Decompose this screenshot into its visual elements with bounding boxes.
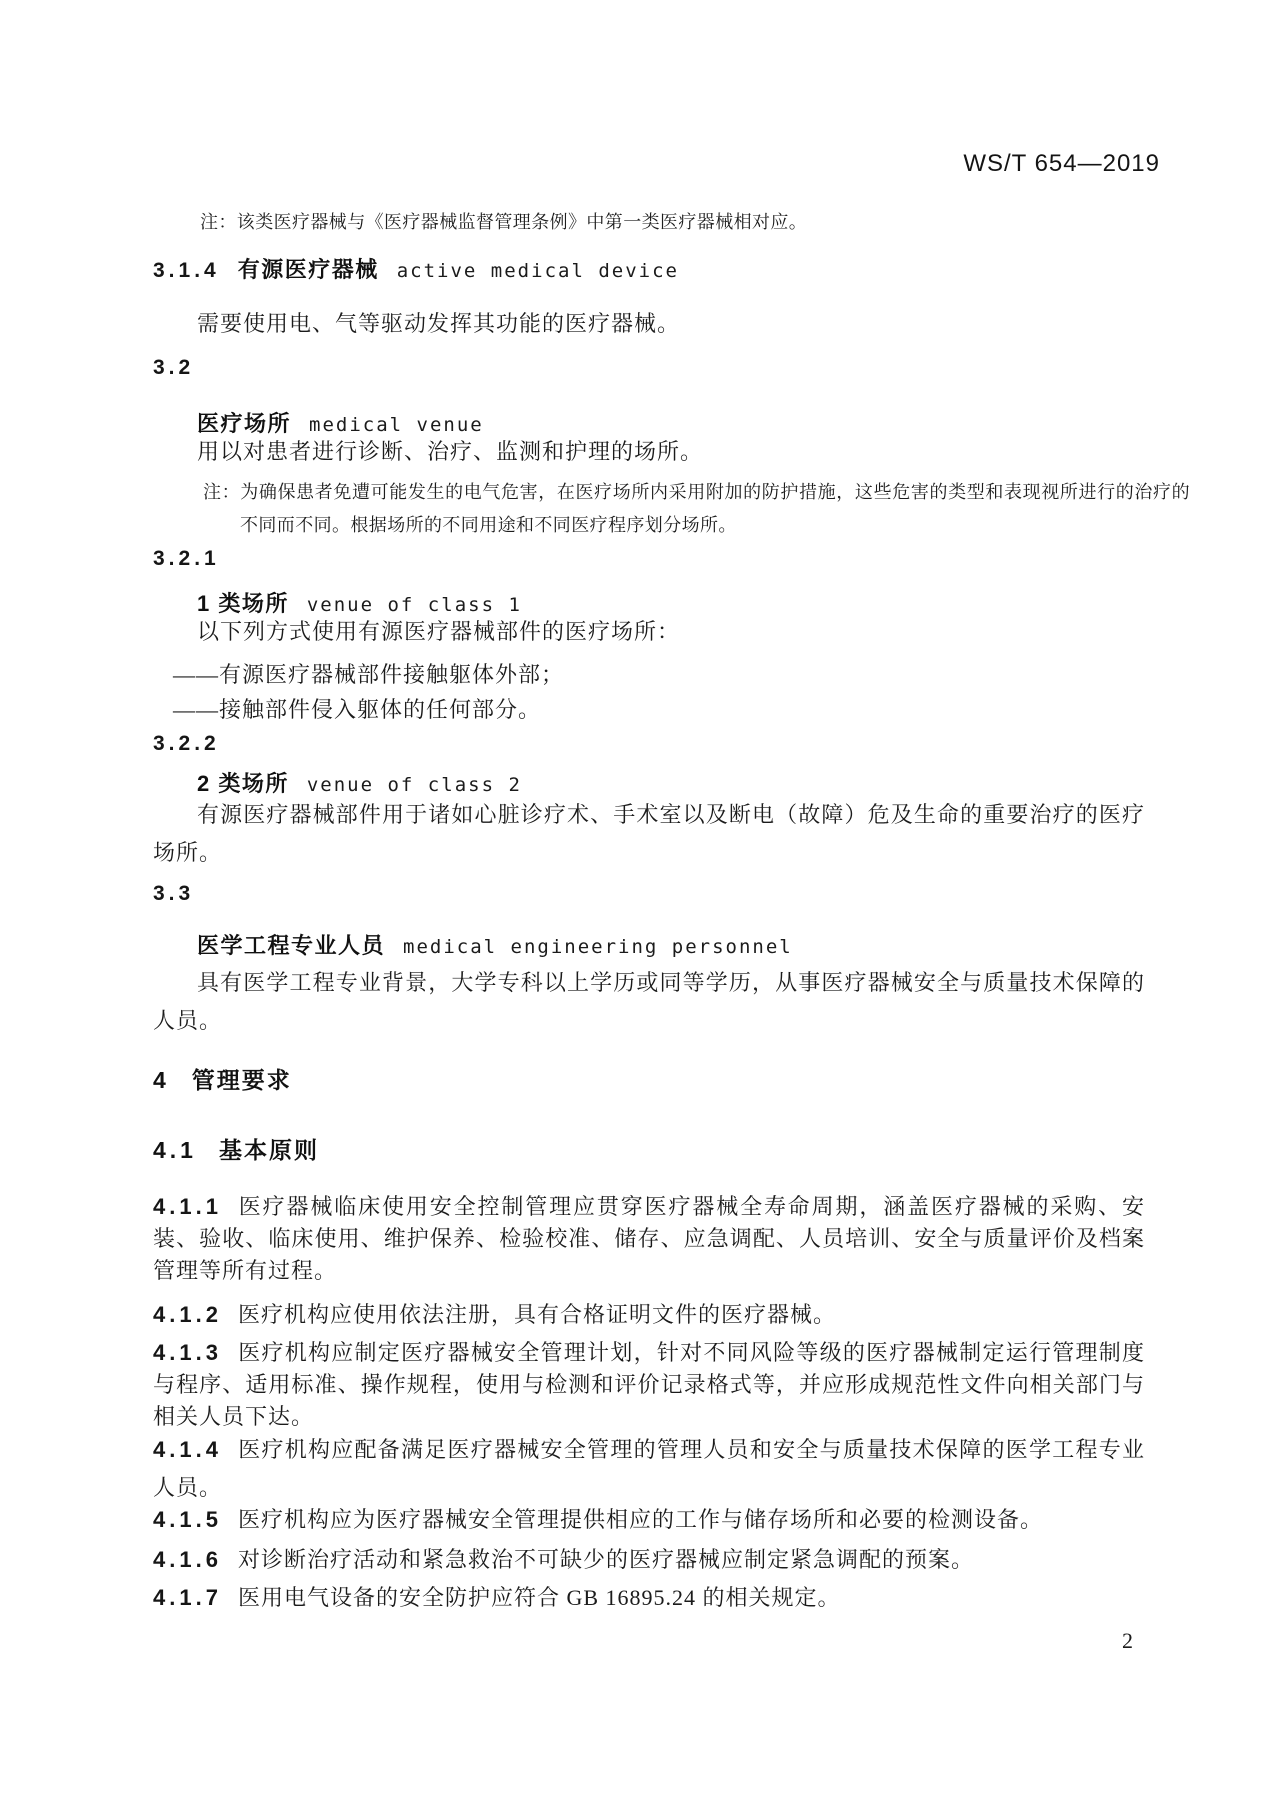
list-item-1: ——有源医疗器械部件接触躯体外部；	[173, 658, 564, 689]
clause-number-3-2-2: 3.2.2	[153, 732, 220, 756]
paragraph-4-1-6: 4.1.6对诊断治疗活动和紧急救治不可缺少的医疗器械应制定紧急调配的预案。	[153, 1544, 1145, 1576]
definition-3-1-4: 需要使用电、气等驱动发挥其功能的医疗器械。	[153, 305, 1145, 343]
definition-3-2-2: 有源医疗器械部件用于诸如心脏诊疗术、手术室以及断电（故障）危及生命的重要治疗的医…	[153, 796, 1145, 872]
note-3-2: 注：为确保患者免遭可能发生的电气危害，在医疗场所内采用附加的防护措施，这些危害的…	[203, 476, 1190, 542]
term-cn: 有源医疗器械	[238, 257, 379, 282]
term-heading-3-2-1: 1 类场所venue of class 1	[197, 587, 522, 618]
paragraph-4-1-4: 4.1.4医疗机构应配备满足医疗器械安全管理的管理人员和安全与质量技术保障的医学…	[153, 1431, 1145, 1507]
clause-number-3-3: 3.3	[153, 882, 194, 906]
term-en: active medical device	[397, 260, 679, 282]
term-heading-3-2-2: 2 类场所venue of class 2	[197, 767, 522, 798]
paragraph-4-1-3: 4.1.3医疗机构应制定医疗器械安全管理计划，针对不同风险等级的医疗器械制定运行…	[153, 1337, 1145, 1433]
section-heading-4-1: 4.1基本原则	[153, 1132, 319, 1165]
term-en: venue of class 1	[307, 594, 522, 616]
clause-number-3-2: 3.2	[153, 356, 194, 380]
note-3-1-4: 注：该类医疗器械与《医疗器械监督管理条例》中第一类医疗器械相对应。	[200, 206, 1160, 239]
term-en: venue of class 2	[307, 774, 522, 796]
term-heading-3-2: 医疗场所medical venue	[197, 407, 484, 438]
paragraph-4-1-1: 4.1.1医疗器械临床使用安全控制管理应贯穿医疗器械全寿命周期，涵盖医疗器械的采…	[153, 1191, 1145, 1287]
term-heading-3-3: 医学工程专业人员medical engineering personnel	[197, 929, 793, 960]
term-cn: 1 类场所	[197, 591, 289, 616]
clause-number-3-2-1: 3.2.1	[153, 547, 220, 571]
term-en: medical engineering personnel	[403, 936, 793, 958]
chapter-heading-4: 4管理要求	[153, 1062, 292, 1095]
definition-3-2: 用以对患者进行诊断、治疗、监测和护理的场所。	[153, 435, 1145, 469]
definition-3-2-1: 以下列方式使用有源医疗器械部件的医疗场所：	[153, 615, 1145, 649]
term-cn: 医学工程专业人员	[197, 933, 385, 958]
term-cn: 2 类场所	[197, 771, 289, 796]
definition-3-3: 具有医学工程专业背景，大学专科以上学历或同等学历，从事医疗器械安全与质量技术保障…	[153, 964, 1145, 1040]
paragraph-4-1-7: 4.1.7医用电气设备的安全防护应符合 GB 16895.24 的相关规定。	[153, 1582, 1145, 1614]
term-heading-3-1-4: 3.1.4有源医疗器械active medical device	[153, 253, 679, 284]
paragraph-4-1-2: 4.1.2医疗机构应使用依法注册，具有合格证明文件的医疗器械。	[153, 1299, 1145, 1331]
term-cn: 医疗场所	[197, 411, 291, 436]
document-page: WS/T 654—2019 注：该类医疗器械与《医疗器械监督管理条例》中第一类医…	[0, 0, 1280, 1810]
doc-code-header: WS/T 654—2019	[963, 150, 1160, 178]
clause-number: 3.1.4	[153, 259, 220, 282]
page-number: 2	[1122, 1628, 1133, 1654]
paragraph-4-1-5: 4.1.5医疗机构应为医疗器械安全管理提供相应的工作与储存场所和必要的检测设备。	[153, 1504, 1145, 1536]
list-item-2: ——接触部件侵入躯体的任何部分。	[173, 693, 541, 724]
term-en: medical venue	[309, 414, 484, 436]
